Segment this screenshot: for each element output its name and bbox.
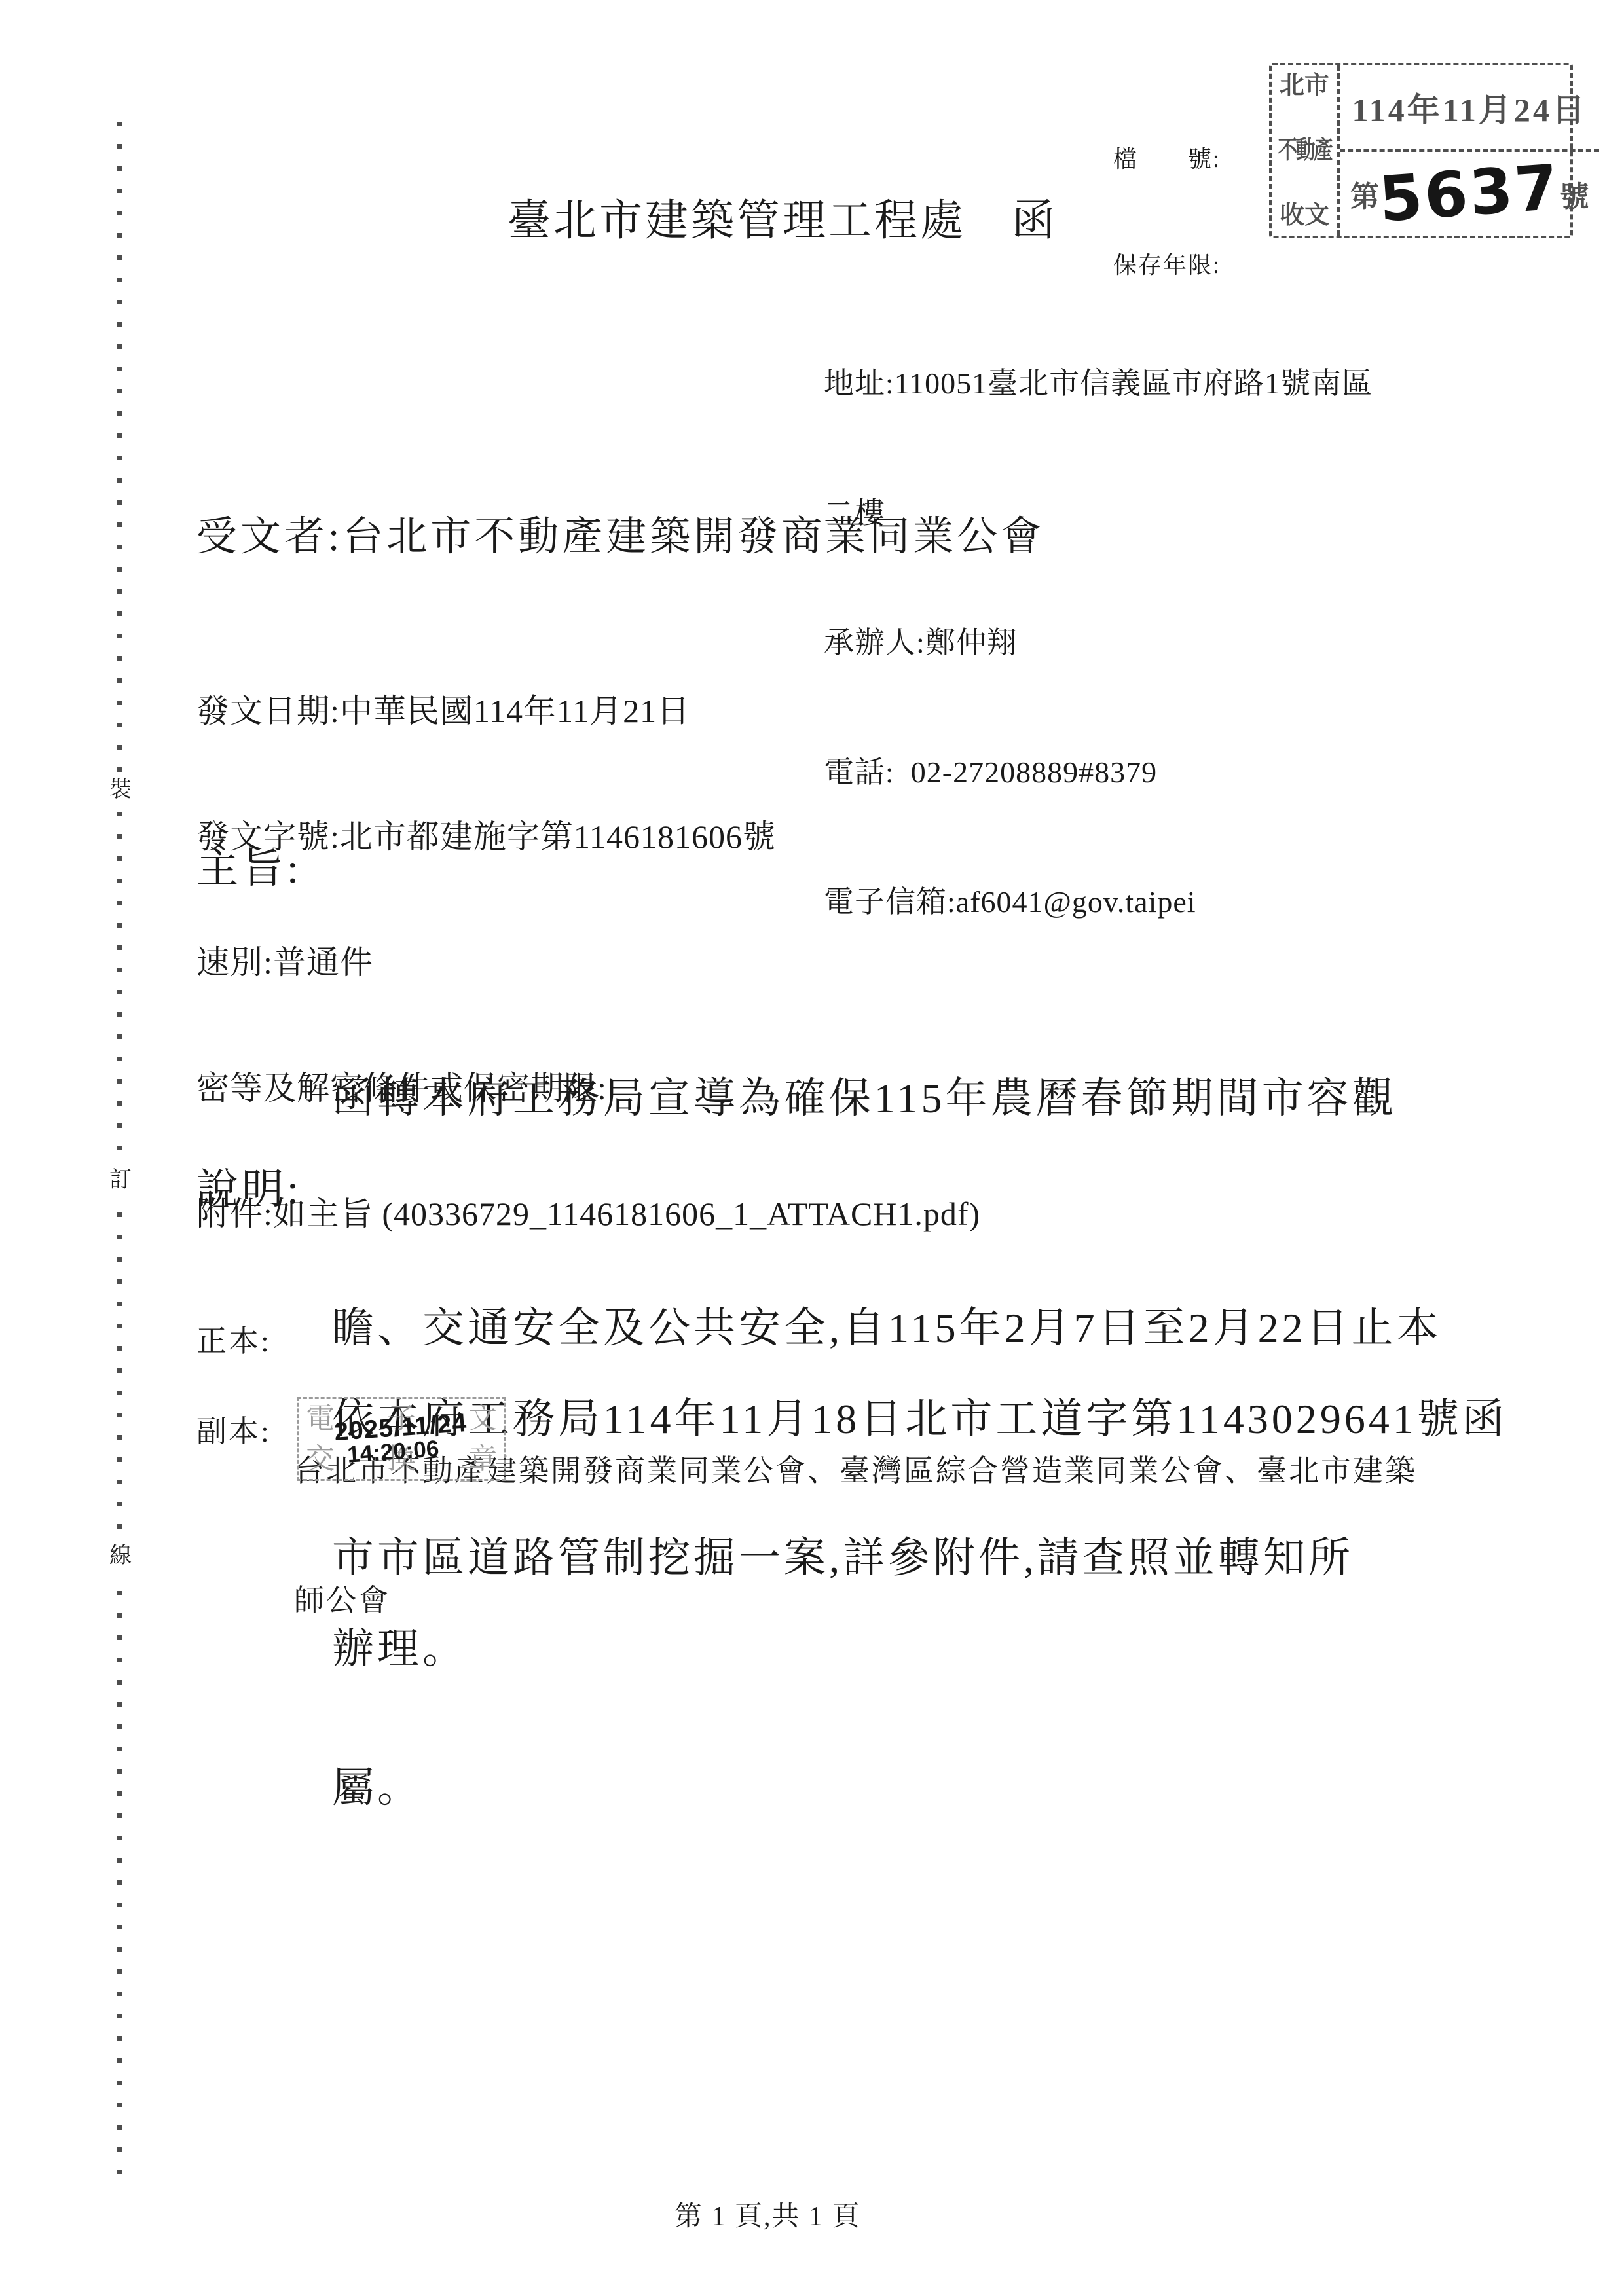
binding-label-ding: 訂 <box>100 1163 141 1198</box>
recipient-line: 受文者:台北市不動產建築開發商業同業公會 <box>196 515 1044 559</box>
exchange-stamp: 電 子 文 交 換 章 2025/11/24 14:20:06 <box>297 1397 506 1481</box>
receipt-stamp-number-row: 第 5637 號 <box>1340 152 1599 236</box>
exchange-stamp-datetime: 2025/11/24 14:20:06 <box>297 1392 506 1485</box>
binding-label-xian: 線 <box>100 1539 141 1574</box>
binding-label-zhuang: 裝 <box>100 773 141 808</box>
receipt-number-prefix: 第 <box>1350 173 1379 215</box>
subject-label: 主旨: <box>196 830 302 907</box>
original-copy-label: 正本: <box>196 1320 271 1363</box>
page-number: 第 1 頁,共 1 頁 <box>674 2195 861 2234</box>
document-title: 臺北市建築管理工程處 函 <box>507 196 1058 246</box>
receipt-number-suffix: 號 <box>1560 173 1589 215</box>
receipt-stamp-org-line2: 不動產 <box>1278 138 1331 163</box>
issue-date-line: 發文日期:中華民國114年11月21日 <box>196 690 980 732</box>
receipt-stamp-date: 114年11月24日 <box>1340 65 1599 152</box>
receipt-stamp-org-line1: 北市 <box>1280 73 1329 98</box>
receipt-stamp: 北市 不動產 收文 114年11月24日 第 5637 號 <box>1269 63 1573 238</box>
document-page: 裝 訂 線 檔 號: 保存年限: 北市 不動產 收文 114年11月24日 第 … <box>0 0 1624 2296</box>
receipt-stamp-right: 114年11月24日 第 5637 號 <box>1340 65 1599 236</box>
exchange-stamp-time: 14:20:06 <box>346 1436 440 1468</box>
sender-address-line1: 地址:110051臺北市信義區市府路1號南區 <box>824 362 1373 405</box>
receipt-stamp-org-line3: 收文 <box>1280 203 1329 228</box>
original-copy-block: 正本: 台北市不動產建築開發商業同業公會、臺灣區綜合營造業同業公會、臺北市建築 … <box>196 1320 1417 1709</box>
binding-dotted-line <box>117 122 122 2178</box>
cc-copy-label: 副本: <box>196 1408 271 1451</box>
receipt-number-handwritten: 5637 <box>1377 156 1562 231</box>
subject-line: 函轉本府工務局宣導為確保115年農曆春節期間市容觀 <box>332 1060 1442 1137</box>
original-copy-line: 師公會 <box>294 1579 1417 1622</box>
explanation-label: 說明: <box>196 1151 302 1228</box>
receipt-stamp-org-column: 北市 不動產 收文 <box>1272 65 1340 236</box>
file-number-label: 檔 號: <box>1113 141 1221 177</box>
